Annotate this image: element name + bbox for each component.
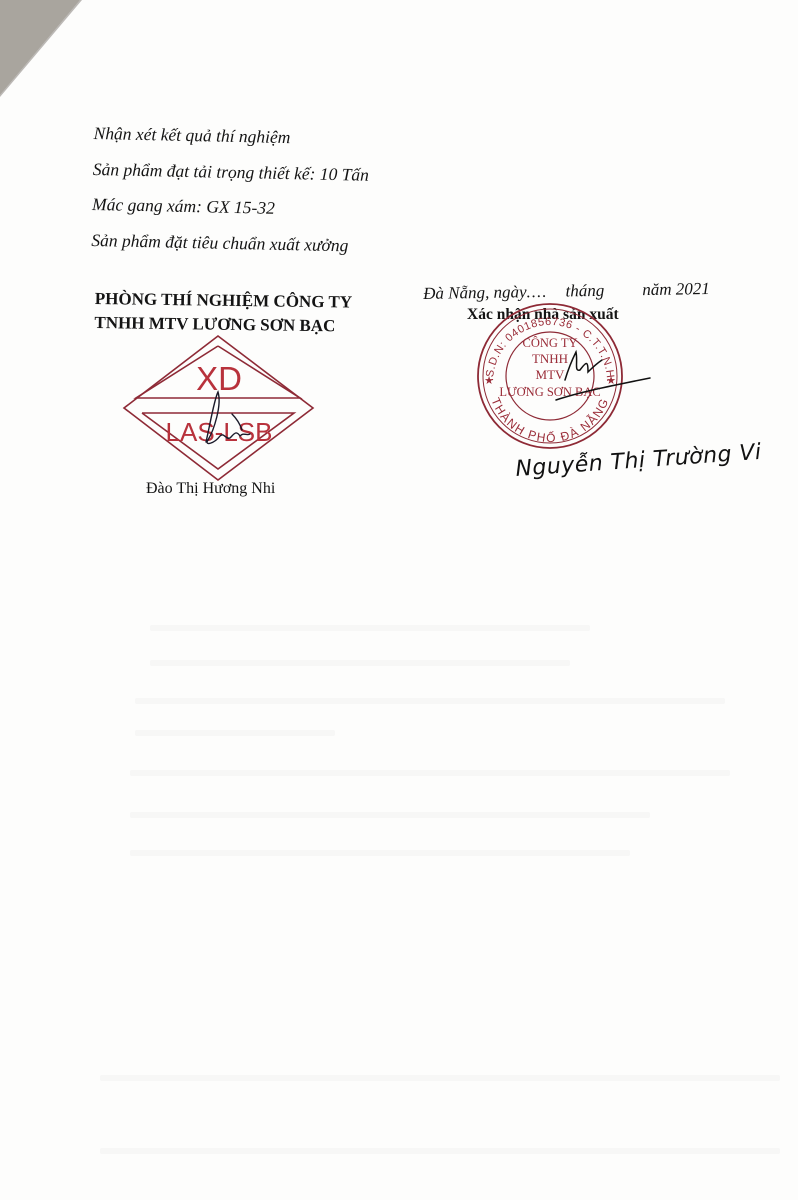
document-page: Nhận xét kết quả thí nghiệm Sản phẩm đạt… — [0, 0, 798, 1200]
handwritten-name: Nguyễn Thị Trường Vi — [0, 0, 798, 1200]
svg-text:Nguyễn Thị Trường Vi: Nguyễn Thị Trường Vi — [515, 439, 763, 482]
